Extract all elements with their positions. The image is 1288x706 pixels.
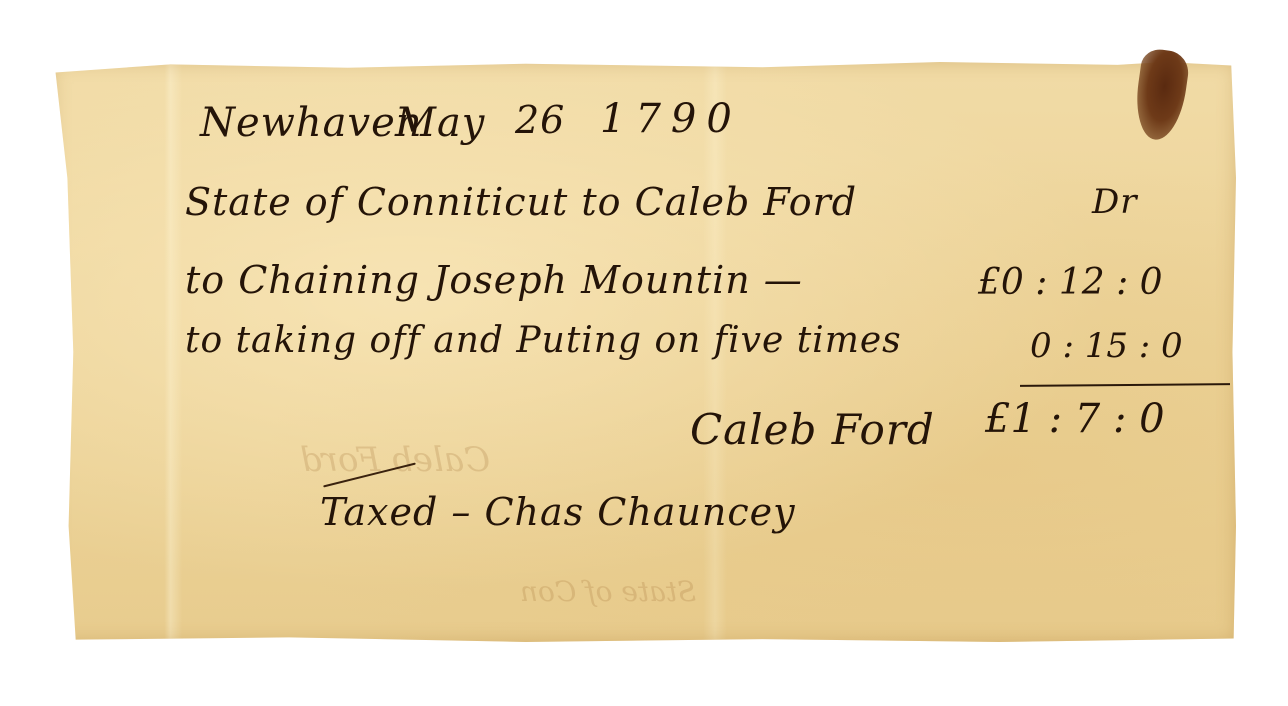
signature-caleb-ford: Caleb Ford	[690, 405, 935, 454]
endorsement-text: Taxed – Chas Chauncey	[320, 490, 796, 534]
item-description: to taking off and Puting on five times	[185, 320, 902, 361]
date-year: 1790	[600, 96, 742, 142]
date-day: 26	[515, 98, 565, 142]
place-name: Newhaven	[200, 100, 423, 146]
item-amount: £0 : 12 : 0	[978, 262, 1163, 303]
item-amount: 0 : 15 : 0	[1030, 326, 1183, 366]
bleedthrough-text: Caleb Ford	[300, 440, 490, 480]
debtor-mark: Dr	[1092, 182, 1138, 222]
date-month: May	[395, 100, 485, 146]
total-amount: £1 : 7 : 0	[985, 396, 1165, 442]
bleedthrough-text: State of Con	[520, 575, 696, 608]
account-text: State of Conniticut to Caleb Ford	[185, 180, 857, 224]
item-description: to Chaining Joseph Mountin —	[185, 258, 803, 302]
